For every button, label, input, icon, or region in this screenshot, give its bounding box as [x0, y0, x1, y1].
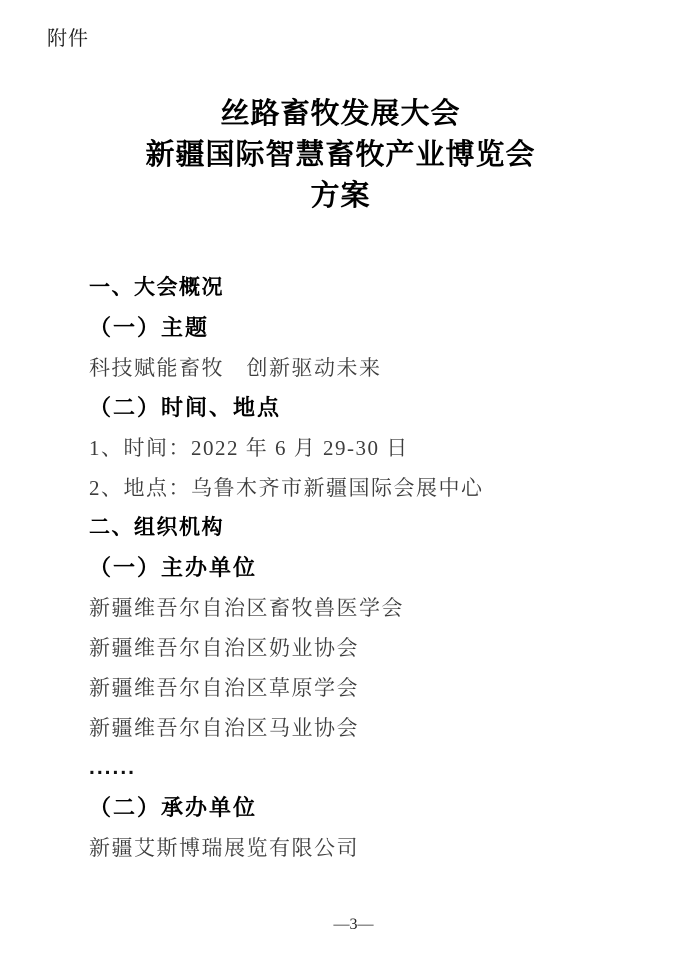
- time-paragraph: 1、时间：2022 年 6 月 29-30 日: [47, 428, 651, 468]
- title-line-3: 方案: [0, 176, 681, 217]
- section-1-sub-2-heading: （二）时间、地点: [47, 388, 651, 428]
- organizer-item: 新疆维吾尔自治区畜牧兽医学会: [47, 588, 651, 628]
- document-title: 丝路畜牧发展大会 新疆国际智慧畜牧产业博览会 方案: [0, 94, 681, 217]
- location-paragraph: 2、地点：乌鲁木齐市新疆国际会展中心: [47, 468, 651, 508]
- attachment-label: 附件: [47, 26, 89, 52]
- section-2-sub-2-heading: （二）承办单位: [47, 788, 651, 828]
- ellipsis-line: ......: [47, 748, 651, 788]
- section-1-sub-1-heading: （一）主题: [47, 308, 651, 348]
- document-body: 一、大会概况 （一）主题 科技赋能畜牧 创新驱动未来 （二）时间、地点 1、时间…: [47, 268, 651, 868]
- section-2-sub-1-heading: （一）主办单位: [47, 548, 651, 588]
- organizer-item: 新疆维吾尔自治区马业协会: [47, 708, 651, 748]
- title-line-2: 新疆国际智慧畜牧产业博览会: [0, 135, 681, 176]
- theme-paragraph: 科技赋能畜牧 创新驱动未来: [47, 348, 651, 388]
- undertaker-paragraph: 新疆艾斯博瑞展览有限公司: [47, 828, 651, 868]
- title-line-1: 丝路畜牧发展大会: [0, 94, 681, 135]
- organizer-item: 新疆维吾尔自治区奶业协会: [47, 628, 651, 668]
- organizer-item: 新疆维吾尔自治区草原学会: [47, 668, 651, 708]
- section-1-heading: 一、大会概况: [47, 268, 651, 308]
- section-2-heading: 二、组织机构: [47, 508, 651, 548]
- page-number: —3—: [0, 914, 681, 936]
- document-page: 附件 丝路畜牧发展大会 新疆国际智慧畜牧产业博览会 方案 一、大会概况 （一）主…: [0, 0, 681, 957]
